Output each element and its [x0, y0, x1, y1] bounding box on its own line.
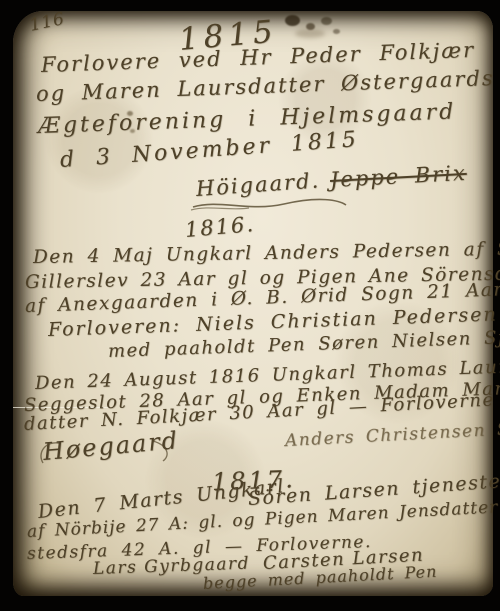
signature-jeppe-brix: Jeppe Brix — [329, 161, 467, 192]
signature-anders-christensen: Anders Christensen Smed — [284, 417, 500, 451]
ink-stain — [321, 17, 332, 25]
year-heading-1816: 1816. — [184, 212, 256, 242]
ink-stain — [285, 15, 300, 26]
register-page: 116 1815 Forlovere ved Hr Peder Folkjær … — [13, 11, 493, 596]
signature-flourish — [35, 435, 175, 469]
page-number: 116 — [28, 9, 67, 36]
record-line: Den 4 Maj Ungkarl Anders Pedersen af Sto… — [33, 238, 500, 268]
ink-stain — [333, 29, 340, 34]
signature-flourish — [189, 197, 349, 213]
ink-smudge — [295, 29, 325, 38]
record-line: Ægteforening i Hjelmsgaard — [38, 99, 457, 139]
